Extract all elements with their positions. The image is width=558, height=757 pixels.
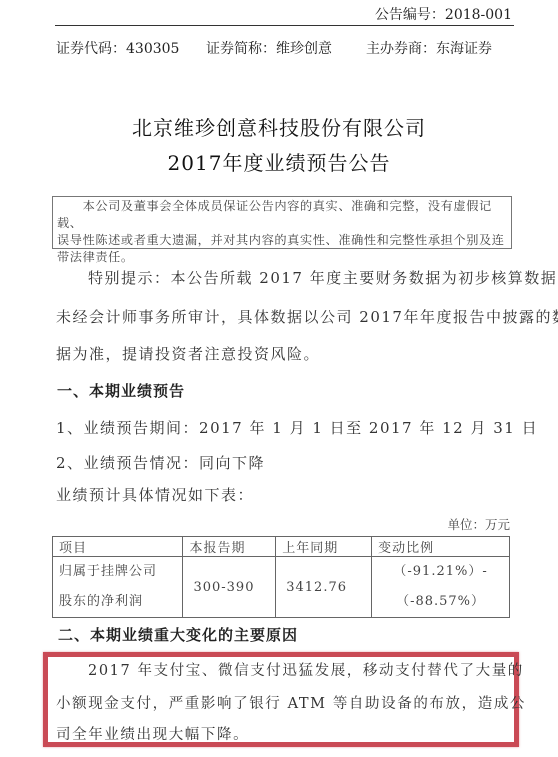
forecast-period: 1、业绩预告期间：2017 年 1 月 1 日至 2017 年 12 月 31 … xyxy=(56,417,538,438)
security-code: 证券代码：430305 xyxy=(56,38,179,58)
document-title: 2017年度业绩预告公告 xyxy=(0,147,558,176)
security-short-name: 证券简称：维珍创意 xyxy=(206,38,332,58)
header-prior-period: 上年同期 xyxy=(276,537,372,557)
disclaimer-line: 本公司及董事会全体成员保证公告内容的真实、准确和完整，没有虚假记载、 xyxy=(57,198,507,232)
disclaimer-box: 本公司及董事会全体成员保证公告内容的真实、准确和完整，没有虚假记载、 误导性陈述… xyxy=(52,196,512,249)
cell-change: （-91.21%）- （-88.57%） xyxy=(372,557,510,618)
company-title: 北京维珍创意科技股份有限公司 xyxy=(0,112,558,141)
special-notice-line: 特别提示：本公告所载 2017 年度主要财务数据为初步核算数据， xyxy=(88,267,558,288)
unit-label: 单位：万元 xyxy=(447,515,510,533)
disclaimer-line: 带法律责任。 xyxy=(57,249,507,266)
reason-line: 小额现金支付，严重影响了银行 ATM 等自助设备的布放，造成公 xyxy=(56,692,526,713)
header-current-period: 本报告期 xyxy=(183,537,276,557)
forecast-status: 2、业绩预告情况：同向下降 xyxy=(56,452,265,473)
item-line: 股东的净利润 xyxy=(59,587,176,617)
forecast-table: 项目 本报告期 上年同期 变动比例 归属于挂牌公司 股东的净利润 300-390… xyxy=(52,536,510,618)
reason-line: 司全年业绩出现大幅下降。 xyxy=(56,723,249,744)
section-heading-reasons: 二、本期业绩重大变化的主要原因 xyxy=(58,624,298,645)
header-change: 变动比例 xyxy=(372,537,510,557)
cell-item: 归属于挂牌公司 股东的净利润 xyxy=(53,557,183,618)
change-line: （-91.21%）- xyxy=(378,557,503,587)
disclaimer-line: 误导性陈述或者重大遗漏，并对其内容的真实性、准确性和完整性承担个别及连 xyxy=(57,232,507,249)
section-heading-forecast: 一、本期业绩预告 xyxy=(57,380,185,401)
reason-line: 2017 年支付宝、微信支付迅猛发展，移动支付替代了大量的 xyxy=(88,659,524,680)
table-header-row: 项目 本报告期 上年同期 变动比例 xyxy=(53,537,510,557)
special-notice-line: 据为准，提请投资者注意投资风险。 xyxy=(56,343,320,364)
announcement-number: 公告编号：2018-001 xyxy=(375,4,512,24)
item-line: 归属于挂牌公司 xyxy=(59,557,176,587)
table-row: 归属于挂牌公司 股东的净利润 300-390 3412.76 （-91.21%）… xyxy=(53,557,510,618)
special-notice-line: 未经会计师事务所审计，具体数据以公司 2017年年度报告中披露的数 xyxy=(56,306,558,327)
lead-broker: 主办券商：东海证券 xyxy=(366,38,492,58)
header-item: 项目 xyxy=(53,537,183,557)
header-divider xyxy=(55,25,514,26)
change-line: （-88.57%） xyxy=(378,587,503,617)
cell-prior-period: 3412.76 xyxy=(276,557,372,618)
table-intro: 业绩预计具体情况如下表： xyxy=(56,484,254,505)
cell-current-period: 300-390 xyxy=(183,557,276,618)
